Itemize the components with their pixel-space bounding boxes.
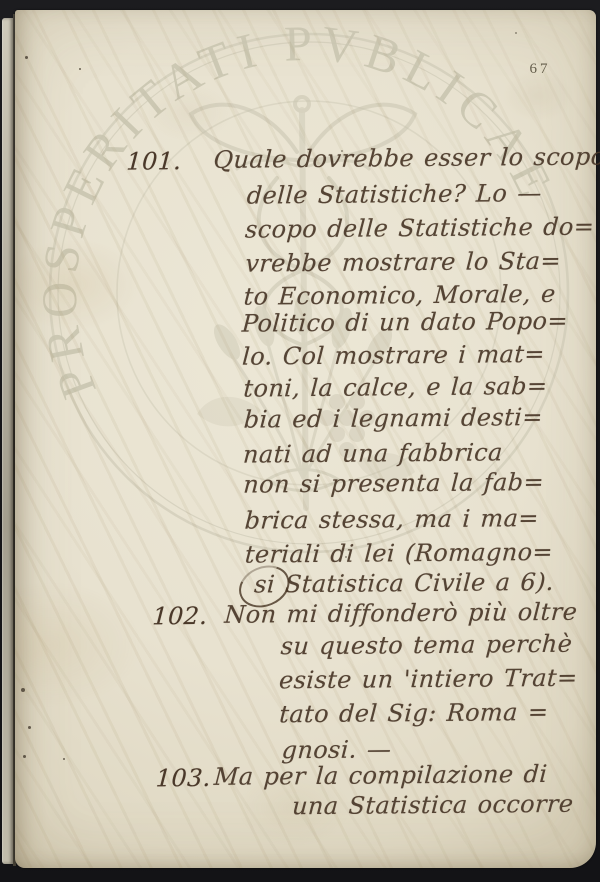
manuscript-text: toni, la calce, e la sab=	[243, 372, 549, 403]
manuscript-line: lo. Col mostrare i mat=	[242, 342, 546, 369]
foxing-speck	[63, 758, 65, 760]
manuscript-text: bia ed i legnami desti=	[243, 403, 544, 434]
manuscript-line: 103. Ma per la compilazione di	[213, 762, 548, 789]
manuscript-line: brica stessa, ma i ma=	[244, 506, 540, 533]
manuscript-text: Quale dovrebbe esser lo scopo	[213, 142, 600, 173]
manuscript-line: teriali di lei (Romagno=	[244, 540, 554, 567]
manuscript-line: 102. Non mi diffonderò più oltre	[224, 600, 578, 627]
manuscript-text: esiste un 'intiero Trat=	[278, 664, 578, 695]
foxing-speck	[345, 556, 347, 558]
paper-page: PROSPERITATI PVBLICAE	[15, 10, 596, 868]
manuscript-text: to Economico, Morale, e	[243, 280, 557, 311]
manuscript-line: Politico di un dato Popo=	[241, 309, 568, 336]
manuscript-line: scopo delle Statistiche do=	[244, 215, 595, 242]
manuscript-text: tato del Sig: Roma =	[279, 698, 550, 728]
manuscript-line: tato del Sig: Roma =	[279, 700, 550, 726]
item-number: 103.	[155, 766, 212, 790]
manuscript-text: non si presenta la fab=	[243, 468, 545, 499]
foxing-speck	[79, 68, 81, 70]
manuscript-line: esiste un 'intiero Trat=	[278, 666, 578, 693]
manuscript: 101. Quale dovrebbe esser lo scopo delle…	[11, 8, 599, 871]
foxing-speck	[23, 755, 26, 758]
item-number: 101.	[126, 149, 183, 173]
manuscript-text: scopo delle Statistiche do=	[244, 213, 595, 244]
manuscript-line: su questo tema perchè	[280, 632, 573, 659]
manuscript-text: si Statistica Civile a 6).	[253, 568, 554, 599]
item-number: 102.	[152, 604, 209, 628]
manuscript-text: Politico di un dato Popo=	[241, 307, 569, 338]
manuscript-line: nati ad una fabbrica	[242, 440, 503, 466]
manuscript-line: delle Statistiche? Lo —	[246, 181, 542, 208]
manuscript-line: vrebbe mostrare lo Sta=	[245, 249, 562, 276]
foxing-speck	[341, 150, 343, 152]
manuscript-text: gnosi. —	[281, 735, 392, 764]
manuscript-line: to Economico, Morale, e	[243, 282, 556, 309]
manuscript-line: si Statistica Civile a 6).	[254, 570, 555, 597]
manuscript-text: brica stessa, ma i ma=	[244, 504, 540, 535]
manuscript-text: vrebbe mostrare lo Sta=	[245, 247, 562, 278]
foxing-speck	[21, 688, 25, 692]
manuscript-text: nati ad una fabbrica	[242, 438, 503, 468]
manuscript-text: delle Statistiche? Lo —	[246, 179, 543, 210]
foxing-speck	[25, 56, 28, 59]
manuscript-text: teriali di lei (Romagno=	[244, 538, 554, 569]
manuscript-text: una Statistica occorre	[291, 790, 574, 820]
page-stack-edge	[2, 18, 13, 864]
manuscript-line: non si presenta la fab=	[243, 470, 545, 497]
foxing-speck	[28, 726, 31, 729]
manuscript-line: toni, la calce, e la sab=	[243, 374, 548, 401]
manuscript-line: bia ed i legnami desti=	[243, 405, 544, 432]
manuscript-line: una Statistica occorre	[291, 792, 574, 818]
manuscript-text: Ma per la compilazione di	[213, 760, 548, 791]
manuscript-text: lo. Col mostrare i mat=	[241, 340, 545, 371]
manuscript-line: 101. Quale dovrebbe esser lo scopo	[213, 144, 600, 171]
manuscript-text: su questo tema perchè	[280, 630, 573, 661]
manuscript-line: gnosi. —	[281, 737, 392, 762]
foxing-speck	[515, 32, 517, 34]
scanned-book-page: PROSPERITATI PVBLICAE	[0, 0, 600, 882]
